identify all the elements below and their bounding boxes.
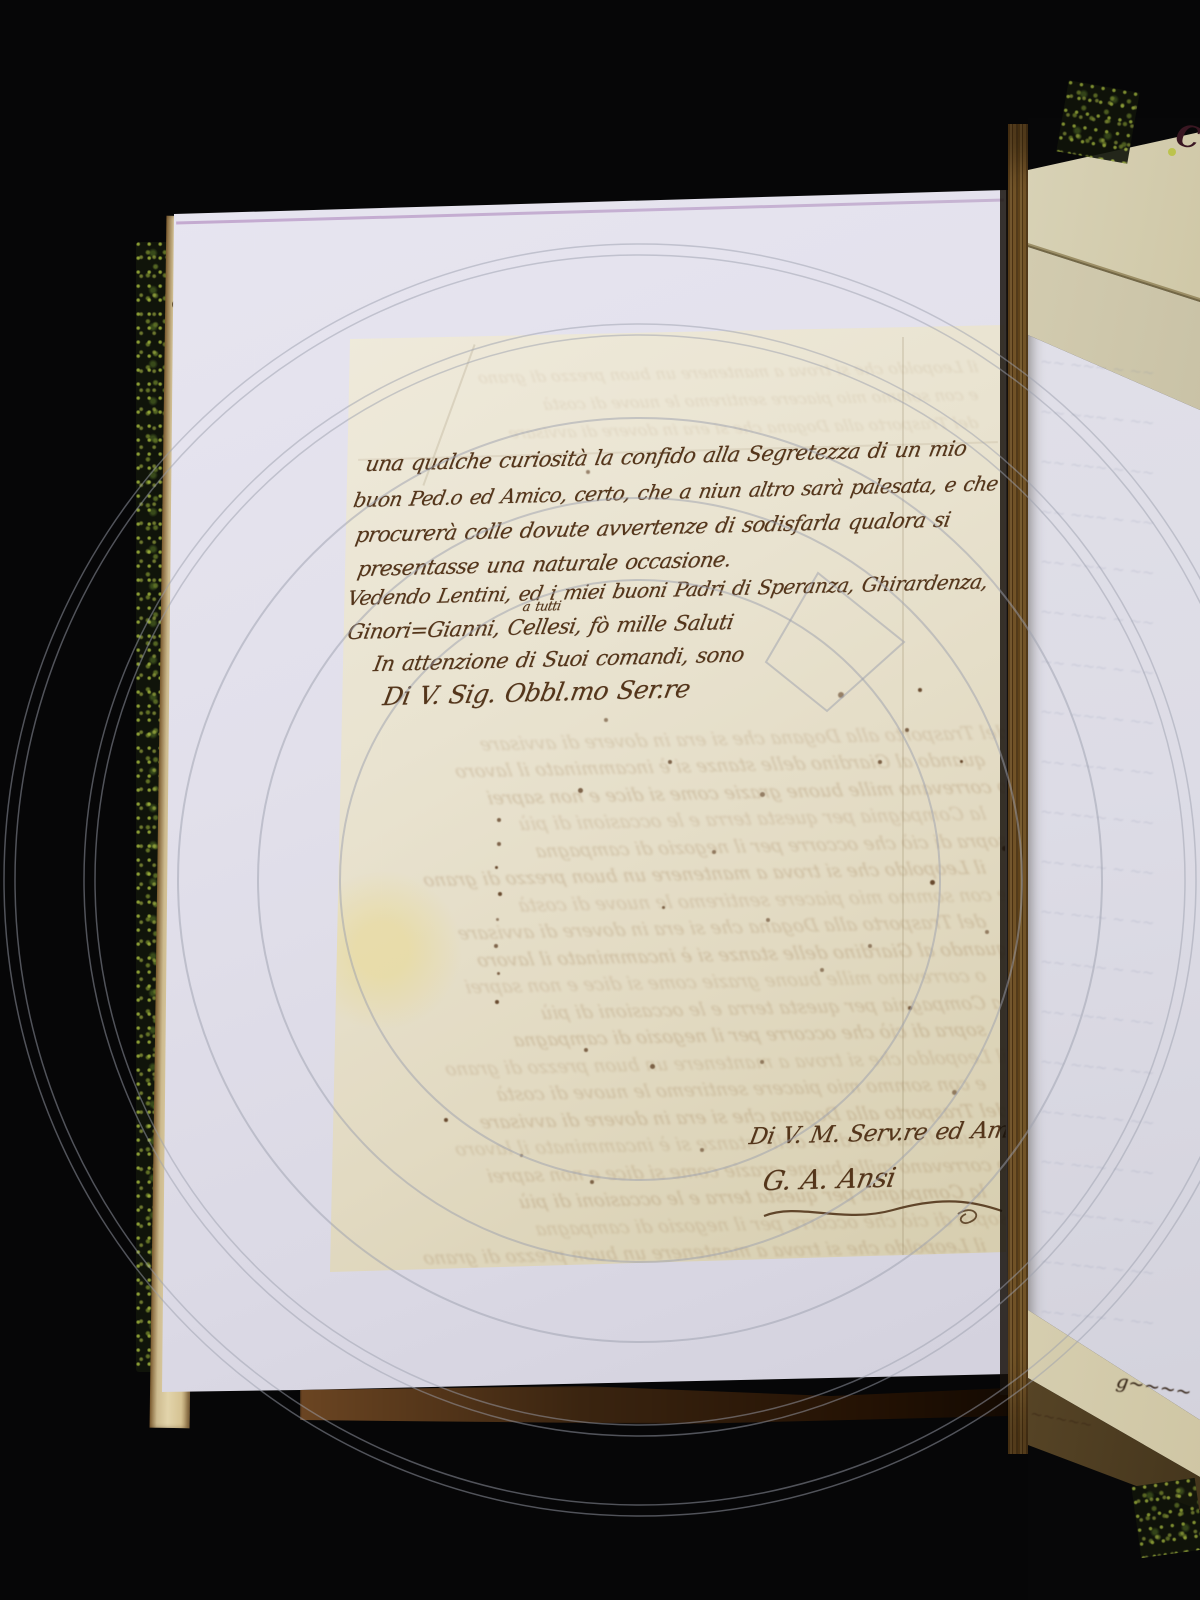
ink-spot [878,760,882,764]
signature-line: G. A. Ansi [760,1163,898,1198]
bleedthrough-line: e con sommo mio piacere sentiremo le nuo… [556,385,980,413]
ink-spot [444,1118,448,1122]
ink-spot [584,1048,588,1052]
ink-spot [494,944,498,948]
corner-wax-dot [1168,148,1176,156]
cover-board-corner-top [1056,80,1139,163]
ink-spot [905,728,909,732]
manuscript-line: Ginori=Gianni, Cellesi, fò mille Saluti [346,610,736,644]
ink-spot [868,944,872,948]
ink-spot [918,688,922,692]
signature-flourish [758,1198,1008,1226]
ink-spot [700,1148,704,1152]
ink-spot [590,1180,594,1184]
ink-spot [495,1000,499,1004]
manuscript-line: a tutti [521,599,562,615]
ink-spot [960,760,963,763]
ink-spot [498,892,502,896]
manuscript-line: Di V. Sig. Obbl.mo Ser.re [381,674,693,711]
ink-spot [650,1064,655,1069]
table-shadow-strip [300,1386,1008,1424]
ink-spot [952,1090,957,1095]
ink-spot [766,918,770,922]
ink-spot [497,818,501,822]
ink-spot [668,760,672,764]
facing-page-stack: ~~ ~~~ ~ ~~~~ ~~~ ~ ~~~~ ~~~ ~ ~~~~ ~~~ … [1028,118,1200,1600]
ink-spot [520,1154,523,1157]
ink-spot [908,1006,912,1010]
ink-spot [586,470,590,474]
ink-spot [985,930,989,934]
manuscript-letter-page: il Leopoldo che si trova a mantenere un … [328,322,1008,1274]
manuscript-line: In attenzione di Suoi comandi, sono [372,642,746,676]
manuscript-line: presentasse una naturale occasione. [356,547,734,581]
manuscript-line: una qualche curiosità la confido alla Se… [364,436,969,476]
ink-spot [496,918,499,921]
ink-spot [712,850,716,854]
ink-spot [930,880,935,885]
ink-spot [760,792,765,797]
ink-spot [820,968,824,972]
ink-spot [838,692,844,698]
ink-spot [578,788,583,793]
bleedthrough-line: il Leopoldo che si trova a mantenere un … [556,357,980,385]
ink-spot [497,842,501,846]
ink-spot [604,718,608,722]
photo-black-backdrop: il Leopoldo che si trova a mantenere un … [0,0,1200,1600]
ink-spot [497,972,500,975]
ink-spot [495,866,498,869]
ink-spot [662,906,665,909]
ink-spot [760,1060,764,1064]
cover-board-corner-bottom [1131,1478,1200,1558]
manuscript-line: procurerà colle dovute avvertenze di sod… [354,507,953,547]
